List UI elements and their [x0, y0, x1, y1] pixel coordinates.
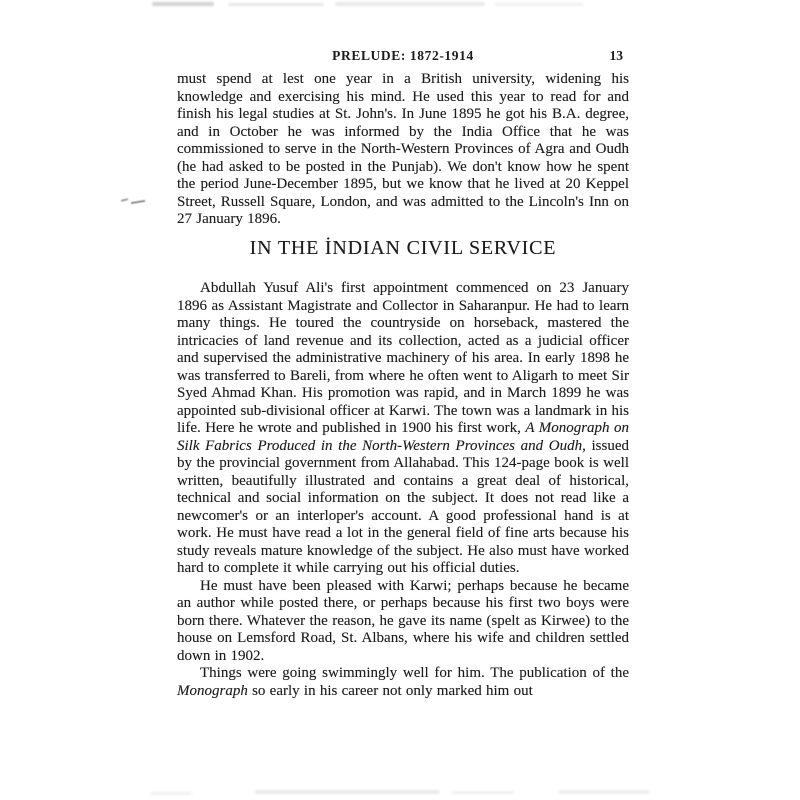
paragraph-4-text-continued: so early in his career not only marked h…: [248, 683, 533, 699]
running-title: PRELUDE: 1872-1914: [177, 48, 629, 64]
monograph-italic: Monograph: [177, 683, 248, 699]
paragraph-4-text: Things were going swimmingly well for hi…: [200, 665, 629, 681]
paragraph-2-text-continued: , issued by the provincial government fr…: [177, 438, 629, 577]
running-header: PRELUDE: 1872-1914 13: [177, 48, 629, 66]
scan-smudge: [452, 791, 514, 794]
scan-smudge: [152, 2, 214, 6]
scan-smudge: [150, 792, 192, 795]
paragraph-2-text: Abdullah Yusuf Ali's first appointment c…: [177, 280, 629, 436]
scan-smudge: [255, 790, 440, 794]
scan-smudge: [335, 2, 485, 6]
scan-smudge: [495, 3, 583, 6]
section-heading: IN THE İNDIAN CIVIL SERVICE: [177, 240, 629, 258]
scan-smudge: [228, 3, 324, 6]
scanned-book-page: PRELUDE: 1872-1914 13 must spend at lest…: [0, 0, 800, 800]
paragraph-3: He must have been pleased with Karwi; pe…: [177, 578, 629, 666]
margin-pencil-mark: [121, 197, 147, 205]
paragraph-1: must spend at lest one year in a British…: [177, 71, 629, 229]
scan-smudge: [558, 790, 650, 794]
paragraph-2: Abdullah Yusuf Ali's first appointment c…: [177, 280, 629, 578]
page-number: 13: [610, 48, 624, 64]
text-column: must spend at lest one year in a British…: [177, 71, 629, 700]
paragraph-4: Things were going swimmingly well for hi…: [177, 665, 629, 700]
